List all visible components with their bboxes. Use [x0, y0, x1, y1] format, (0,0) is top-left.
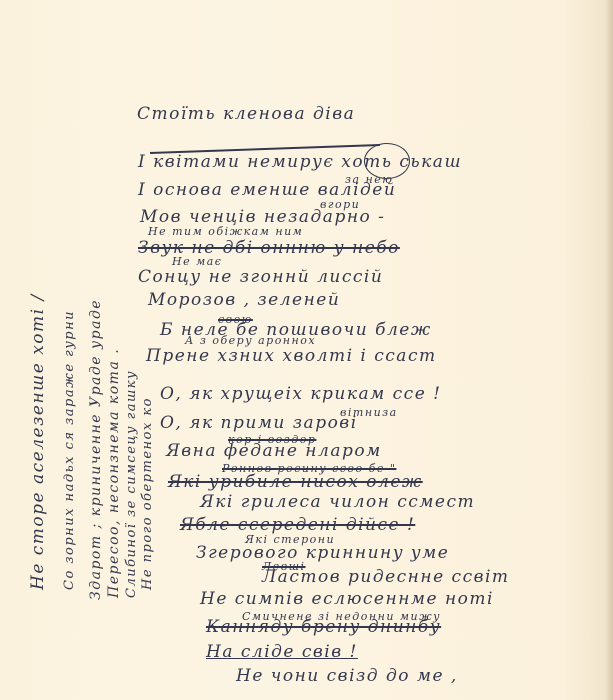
manuscript-line-struck: Які урибиле-нисох олеж: [168, 472, 423, 492]
manuscript-line: Згерового криннинy уме: [196, 543, 449, 563]
manuscript-line: На сліде свів !: [206, 642, 358, 662]
interlinear-note: Не тим обіжкам ним: [148, 225, 303, 238]
manuscript-line: Мов ченців незадарно -: [140, 207, 385, 227]
manuscript-line: Ластов ридеснне ссвіт: [262, 567, 510, 587]
manuscript-line-struck: Канняду брену днинбу: [206, 617, 441, 637]
manuscript-page: Стоїть кленова діва І квітами немирує хо…: [0, 0, 613, 700]
manuscript-line: І основа еменше валідей: [138, 180, 396, 200]
manuscript-line: Морозов , зеленей: [148, 290, 340, 310]
manuscript-line: О, як прими зарові: [160, 413, 358, 433]
margin-note: Слибиної зе симсецу гашку: [124, 370, 139, 598]
margin-note: Со зорних надьх ся зараже гурни: [62, 310, 77, 590]
page-edge-shadow: [605, 0, 613, 700]
manuscript-line: О, як хрущеіх крикам ссе !: [160, 384, 442, 404]
margin-note: Не сторе аселезенше хоті /: [28, 293, 48, 590]
manuscript-line: Не чони свізд до ме ,: [236, 666, 458, 686]
margin-note: Пересоо, несонзнема кота .: [106, 348, 122, 598]
manuscript-line: Сонцу не згоннй лиссій: [138, 267, 383, 287]
manuscript-line: Явна федане нларом: [166, 441, 382, 461]
manuscript-line-struck: Ябле ссередені дійсе !: [180, 515, 415, 535]
manuscript-line: І квітами немирує хоть ськаш: [138, 152, 462, 172]
margin-note: Не прого обертенох ко: [140, 397, 155, 590]
manuscript-line: Не симпів еслюсеннме ноті: [200, 589, 494, 609]
manuscript-line: Прене хзних хволті і ссаст: [146, 346, 437, 366]
manuscript-line: Які грилеса чилон ссмест: [200, 492, 475, 512]
margin-note: Здарот ; криниченне Ураде ураде: [88, 299, 104, 600]
title-line: Стоїть кленова діва: [137, 104, 355, 124]
